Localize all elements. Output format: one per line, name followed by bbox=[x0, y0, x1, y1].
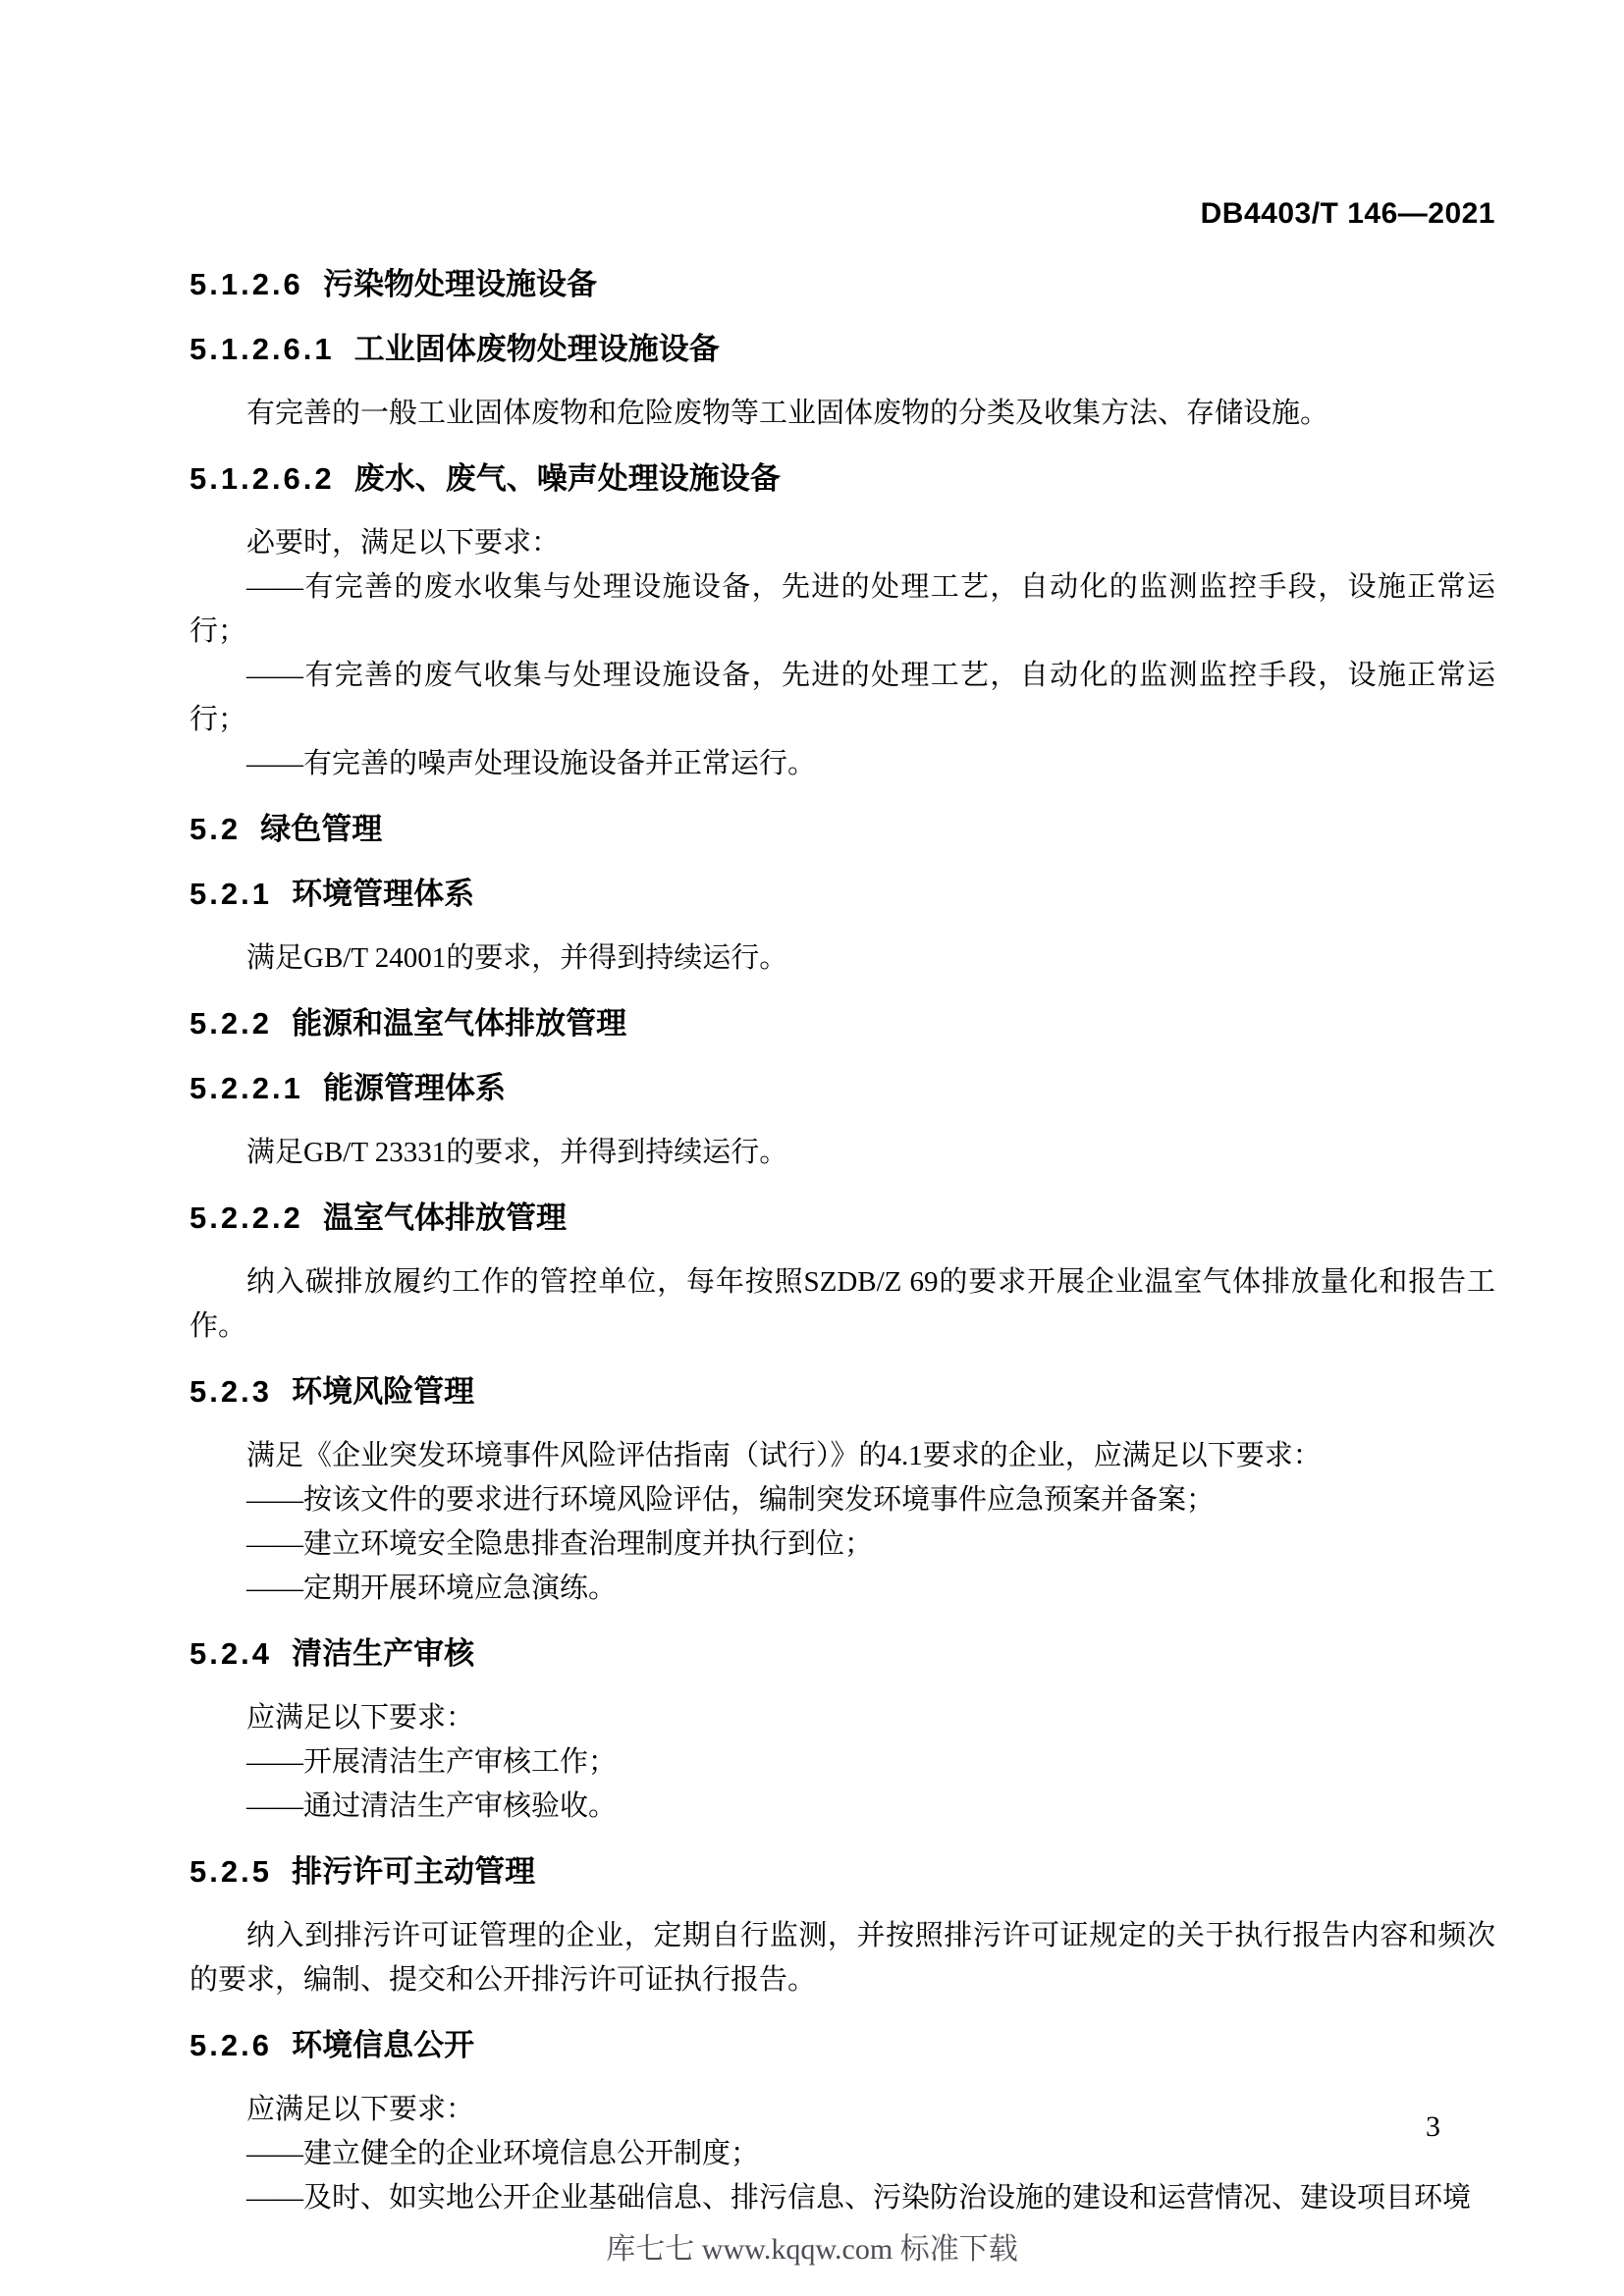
clause-title: 绿色管理 bbox=[260, 812, 382, 846]
body-paragraph: 满足《企业突发环境事件风险评估指南（试行）》的4.1要求的企业，应满足以下要求： bbox=[189, 1434, 1495, 1478]
dash-list-item: ——通过清洁生产审核验收。 bbox=[189, 1785, 1495, 1829]
clause-number: 5.2.5 bbox=[189, 1854, 272, 1889]
dash-list-item: ——按该文件的要求进行环境风险评估，编制突发环境事件应急预案并备案； bbox=[189, 1478, 1495, 1522]
body-paragraph: 应满足以下要求： bbox=[189, 2088, 1495, 2132]
clause-number: 5.2.6 bbox=[189, 2028, 272, 2062]
dash-list-item: ——建立健全的企业环境信息公开制度； bbox=[189, 2132, 1495, 2176]
dash-list-item: ——有完善的废水收集与处理设施设备，先进的处理工艺，自动化的监测监控手段，设施正… bbox=[189, 565, 1495, 654]
clause-heading-5-2-6: 5.2.6环境信息公开 bbox=[189, 2023, 1495, 2067]
clause-heading-5-1-2-6: 5.1.2.6污染物处理设施设备 bbox=[189, 262, 1495, 306]
document-page: DB4403/T 146—2021 5.1.2.6污染物处理设施设备 5.1.2… bbox=[0, 0, 1624, 2296]
clause-title: 能源和温室气体排放管理 bbox=[292, 1006, 626, 1041]
dash-list-item: ——有完善的废气收集与处理设施设备，先进的处理工艺，自动化的监测监控手段，设施正… bbox=[189, 654, 1495, 742]
body-paragraph: 满足GB/T 23331的要求，并得到持续运行。 bbox=[189, 1131, 1495, 1175]
clause-heading-5-2-2-1: 5.2.2.1能源管理体系 bbox=[189, 1066, 1495, 1110]
clause-number: 5.2.2.2 bbox=[189, 1201, 303, 1235]
clause-title: 温室气体排放管理 bbox=[323, 1201, 567, 1235]
body-paragraph: 必要时，满足以下要求： bbox=[189, 521, 1495, 565]
clause-number: 5.2.2.1 bbox=[189, 1071, 303, 1105]
clause-title: 工业固体废物处理设施设备 bbox=[354, 332, 720, 366]
clause-heading-5-1-2-6-2: 5.1.2.6.2废水、废气、噪声处理设施设备 bbox=[189, 456, 1495, 501]
clause-heading-5-2-2-2: 5.2.2.2温室气体排放管理 bbox=[189, 1196, 1495, 1240]
standard-code: DB4403/T 146—2021 bbox=[189, 191, 1495, 236]
body-paragraph: 纳入到排污许可证管理的企业，定期自行监测，并按照排污许可证规定的关于执行报告内容… bbox=[189, 1914, 1495, 2002]
page-number: 3 bbox=[1426, 2110, 1440, 2144]
clause-title: 废水、废气、噪声处理设施设备 bbox=[354, 461, 781, 496]
clause-title: 能源管理体系 bbox=[323, 1071, 506, 1105]
body-paragraph: 有完善的一般工业固体废物和危险废物等工业固体废物的分类及收集方法、存储设施。 bbox=[189, 392, 1495, 436]
dash-list-item: ——开展清洁生产审核工作； bbox=[189, 1740, 1495, 1785]
clause-number: 5.2.2 bbox=[189, 1006, 272, 1041]
clause-title: 环境管理体系 bbox=[292, 877, 474, 911]
clause-number: 5.2.1 bbox=[189, 877, 272, 911]
clause-heading-5-2-2: 5.2.2能源和温室气体排放管理 bbox=[189, 1001, 1495, 1045]
body-paragraph: 满足GB/T 24001的要求，并得到持续运行。 bbox=[189, 936, 1495, 981]
clause-number: 5.2.3 bbox=[189, 1374, 272, 1409]
clause-heading-5-2-1: 5.2.1环境管理体系 bbox=[189, 872, 1495, 916]
clause-heading-5-2-4: 5.2.4清洁生产审核 bbox=[189, 1631, 1495, 1676]
clause-number: 5.1.2.6 bbox=[189, 267, 303, 301]
clause-title: 环境风险管理 bbox=[292, 1374, 474, 1409]
clause-title: 污染物处理设施设备 bbox=[323, 267, 597, 301]
clause-heading-5-2: 5.2绿色管理 bbox=[189, 807, 1495, 851]
clause-title: 环境信息公开 bbox=[292, 2028, 474, 2062]
dash-list-item: ——建立环境安全隐患排查治理制度并执行到位； bbox=[189, 1522, 1495, 1567]
body-paragraph: 应满足以下要求： bbox=[189, 1696, 1495, 1740]
clause-title: 排污许可主动管理 bbox=[292, 1854, 535, 1889]
dash-list-item: ——及时、如实地公开企业基础信息、排污信息、污染防治设施的建设和运营情况、建设项… bbox=[189, 2176, 1495, 2220]
clause-heading-5-2-5: 5.2.5排污许可主动管理 bbox=[189, 1849, 1495, 1894]
clause-number: 5.2 bbox=[189, 812, 241, 846]
clause-heading-5-1-2-6-1: 5.1.2.6.1工业固体废物处理设施设备 bbox=[189, 327, 1495, 371]
dash-list-item: ——定期开展环境应急演练。 bbox=[189, 1567, 1495, 1611]
clause-number: 5.1.2.6.2 bbox=[189, 461, 335, 496]
clause-number: 5.1.2.6.1 bbox=[189, 332, 335, 366]
body-paragraph: 纳入碳排放履约工作的管控单位，每年按照SZDB/Z 69的要求开展企业温室气体排… bbox=[189, 1260, 1495, 1349]
clause-title: 清洁生产审核 bbox=[292, 1636, 474, 1671]
clause-heading-5-2-3: 5.2.3环境风险管理 bbox=[189, 1369, 1495, 1414]
clause-number: 5.2.4 bbox=[189, 1636, 272, 1671]
dash-list-item: ——有完善的噪声处理设施设备并正常运行。 bbox=[189, 742, 1495, 786]
watermark: 库七七 www.kqqw.com 标准下载 bbox=[0, 2230, 1624, 2269]
